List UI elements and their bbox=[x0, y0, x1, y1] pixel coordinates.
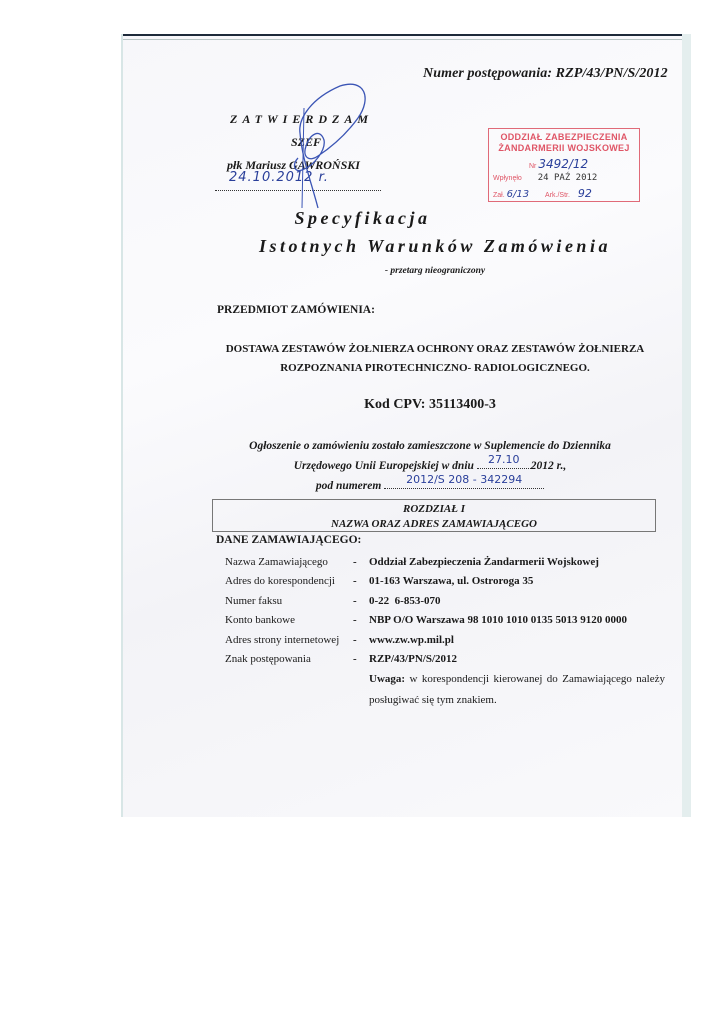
stamp-line-2: ŻANDARMERII WOJSKOWEJ bbox=[489, 143, 639, 153]
detail-label: Adres do korespondencji bbox=[225, 575, 353, 587]
dash: - bbox=[353, 595, 369, 607]
detail-label: Konto bankowe bbox=[225, 614, 353, 626]
subject-line-2: ROZPOZNANIA PIROTECHNICZNO- RADIOLOGICZN… bbox=[200, 359, 670, 378]
procedure-type: - przetarg nieograniczony bbox=[0, 266, 725, 276]
registry-stamp: ODDZIAŁ ZABEZPIECZENIA ŻANDARMERII WOJSK… bbox=[488, 128, 640, 202]
subject-line-1: DOSTAWA ZESTAWÓW ŻOŁNIERZA OCHRONY ORAZ … bbox=[200, 340, 670, 359]
detail-value: Oddział Zabezpieczenia Żandarmerii Wojsk… bbox=[369, 556, 599, 568]
date-field: 27.10 bbox=[477, 456, 531, 469]
cpv-code: Kod CPV: 35113400-3 bbox=[200, 397, 660, 413]
notice-line-1: Ogłoszenie o zamówieniu zostało zamieszc… bbox=[200, 436, 660, 456]
buyer-heading: DANE ZAMAWIAJĄCEGO: bbox=[216, 534, 361, 546]
detail-value: NBP O/O Warszawa 98 1010 1010 0135 5013 … bbox=[369, 614, 627, 626]
detail-row: Adres strony internetowej - www.zw.wp.mi… bbox=[225, 630, 665, 650]
chapter-number: ROZDZIAŁ I bbox=[213, 502, 655, 517]
signature-icon bbox=[240, 78, 380, 218]
detail-label: Numer faksu bbox=[225, 595, 353, 607]
note-text: w korespondencji kierowanej do Zamawiają… bbox=[369, 673, 665, 706]
detail-value: www.zw.wp.mil.pl bbox=[369, 634, 454, 646]
chapter-header: ROZDZIAŁ I NAZWA ORAZ ADRES ZAMAWIAJĄCEG… bbox=[212, 499, 656, 532]
stamp-line-1: ODDZIAŁ ZABEZPIECZENIA bbox=[489, 132, 639, 142]
stamp-received-value: 24 PAŹ 2012 bbox=[538, 173, 598, 183]
detail-value: 0-22 6-853-070 bbox=[369, 595, 441, 607]
note: Uwaga: w korespondencji kierowanej do Za… bbox=[225, 669, 665, 711]
dash: - bbox=[353, 556, 369, 568]
publication-notice: Ogłoszenie o zamówieniu zostało zamieszc… bbox=[200, 436, 660, 496]
stamp-zal-label: Zał. bbox=[493, 192, 505, 199]
detail-value: RZP/43/PN/S/2012 bbox=[369, 653, 457, 665]
stamp-received-label: Wpłynęło bbox=[493, 175, 522, 182]
dash: - bbox=[353, 614, 369, 626]
document-title-line-2: Istotnych Warunków Zamówienia bbox=[0, 236, 725, 257]
detail-row: Znak postępowania - RZP/43/PN/S/2012 bbox=[225, 650, 665, 670]
detail-value: 01-163 Warszawa, ul. Ostroroga 35 bbox=[369, 575, 533, 587]
dash: - bbox=[353, 653, 369, 665]
detail-label: Nazwa Zamawiającego bbox=[225, 556, 353, 568]
detail-row: Nazwa Zamawiającego - Oddział Zabezpiecz… bbox=[225, 552, 665, 572]
subject-text: DOSTAWA ZESTAWÓW ŻOŁNIERZA OCHRONY ORAZ … bbox=[200, 340, 670, 378]
detail-row: Konto bankowe - NBP O/O Warszawa 98 1010… bbox=[225, 611, 665, 631]
detail-row: Adres do korespondencji - 01-163 Warszaw… bbox=[225, 572, 665, 592]
detail-row: Numer faksu - 0-22 6-853-070 bbox=[225, 591, 665, 611]
notice-number-handwritten: 2012/S 208 - 342294 bbox=[384, 470, 544, 490]
detail-label: Adres strony internetowej bbox=[225, 634, 353, 646]
procedure-number: Numer postępowania: RZP/43/PN/S/2012 bbox=[423, 66, 668, 82]
buyer-details: Nazwa Zamawiającego - Oddział Zabezpiecz… bbox=[225, 552, 665, 711]
notice-date-handwritten: 27.10 bbox=[477, 450, 531, 470]
subject-heading: PRZEDMIOT ZAMÓWIENIA: bbox=[217, 304, 375, 316]
scan-edge-line bbox=[123, 39, 682, 40]
stamp-nr-value: 3492/12 bbox=[538, 157, 588, 171]
notice-line-3-prefix: pod numerem bbox=[316, 480, 382, 492]
document-title: Specyfikacja bbox=[0, 208, 725, 229]
stamp-zal-value: 6/13 bbox=[507, 189, 529, 200]
stamp-art-value: 92 bbox=[578, 187, 592, 200]
note-label: Uwaga: bbox=[369, 673, 405, 685]
stamp-art-label: Ark./Str. bbox=[545, 192, 570, 199]
stamp-nr-label: Nr bbox=[529, 163, 536, 170]
number-field: 2012/S 208 - 342294 bbox=[384, 476, 544, 489]
dash: - bbox=[353, 575, 369, 587]
detail-label: Znak postępowania bbox=[225, 653, 353, 665]
chapter-title: NAZWA ORAZ ADRES ZAMAWIAJĄCEGO bbox=[213, 517, 655, 532]
scan-edge-line bbox=[123, 34, 682, 36]
dash: - bbox=[353, 634, 369, 646]
